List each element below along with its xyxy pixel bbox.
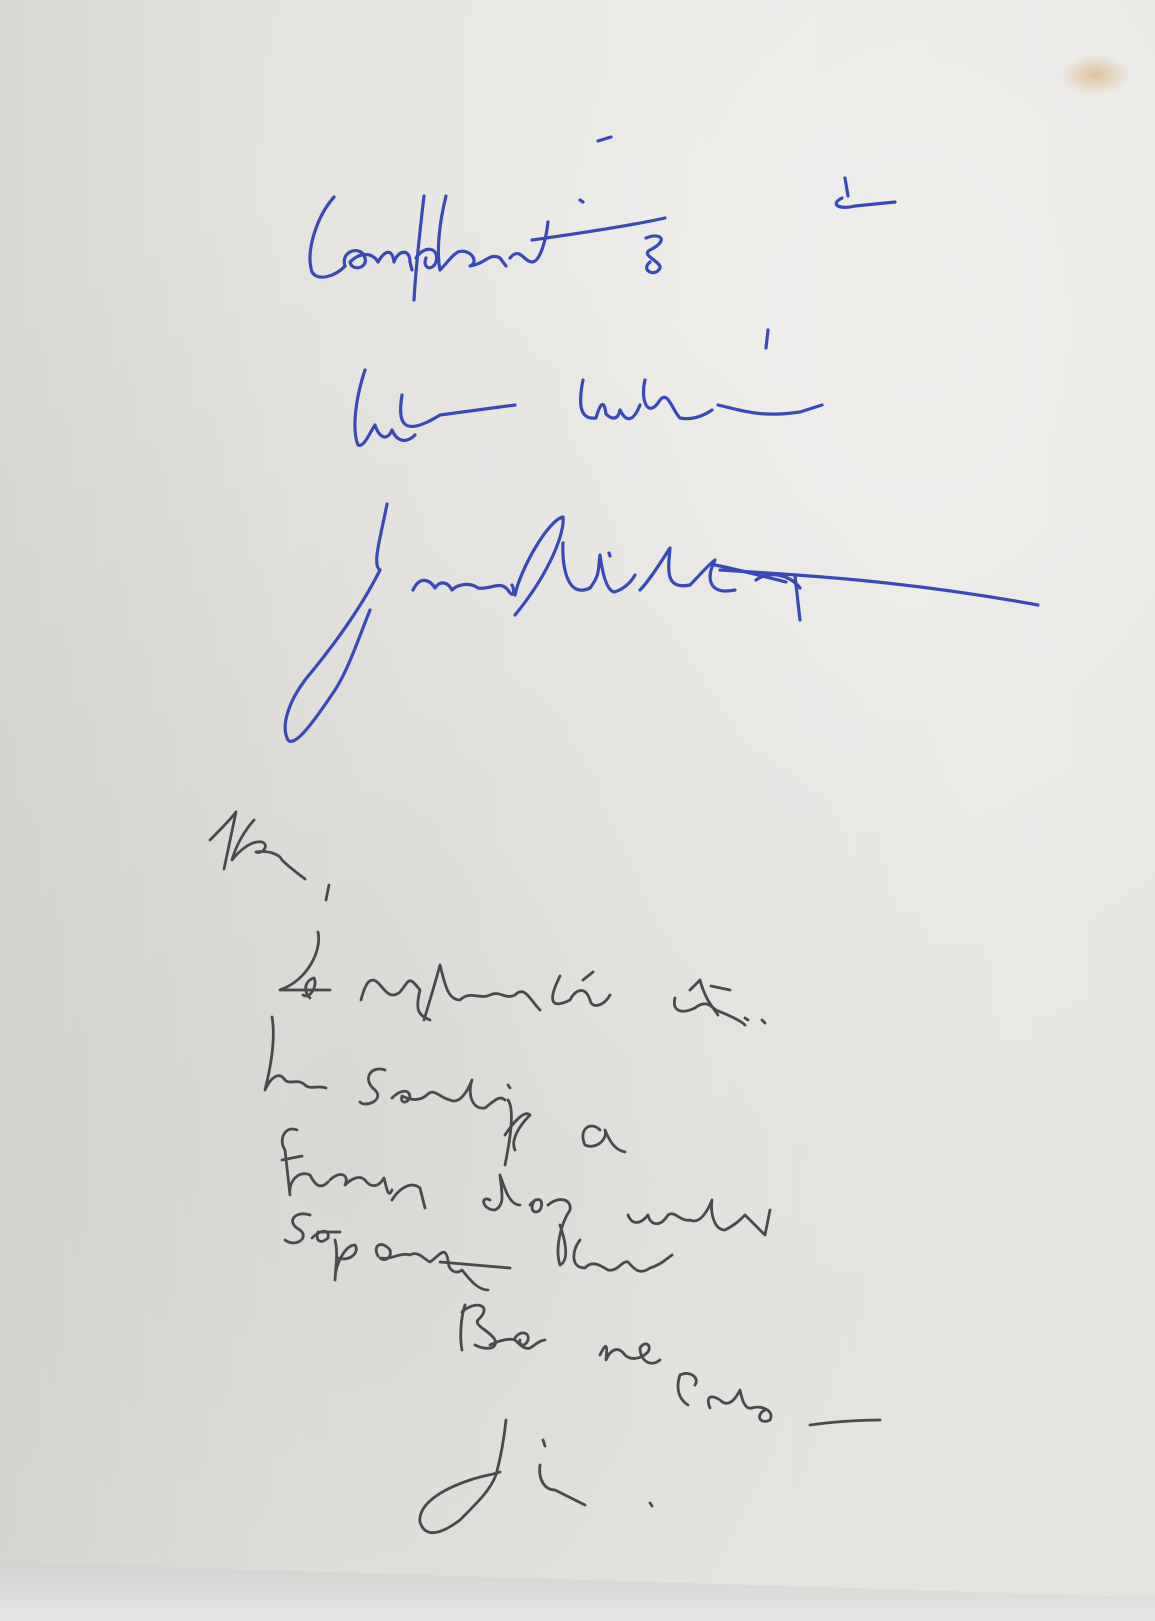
handwriting-layer	[0, 0, 1155, 1621]
pencil-note	[210, 812, 880, 1533]
paper-page: Compliments & best wishes James Plunkett…	[0, 0, 1155, 1621]
blue-inscription-line-1	[310, 137, 895, 300]
blue-signature	[285, 504, 1038, 741]
blue-inscription-line-2	[355, 330, 822, 445]
